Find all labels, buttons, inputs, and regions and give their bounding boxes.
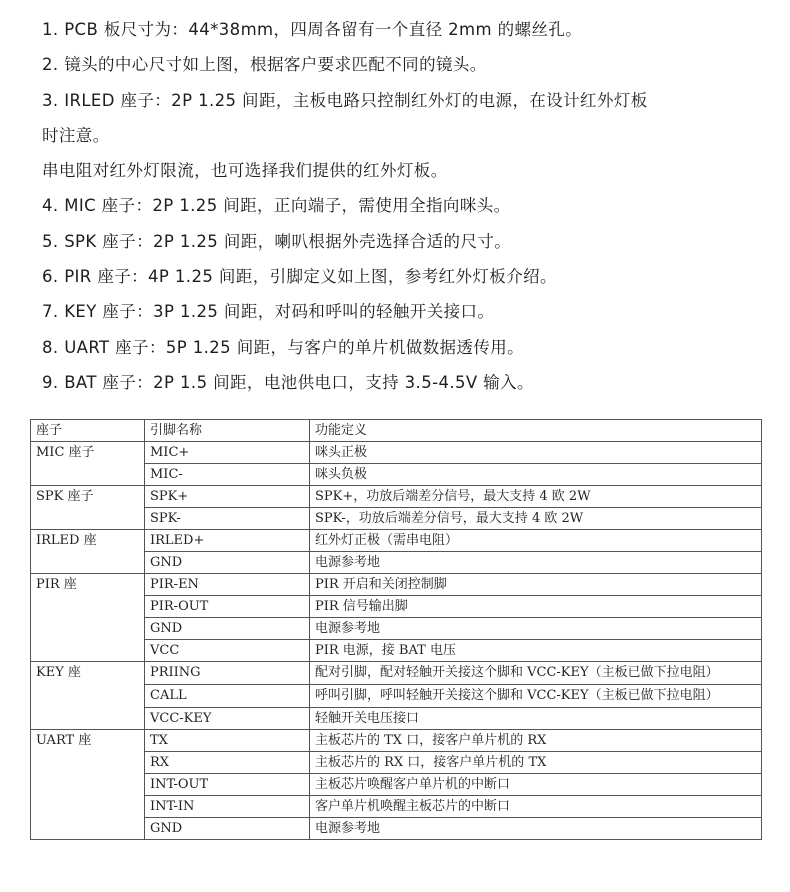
header-connector: 座子	[31, 420, 145, 442]
pin-name-cell: VCC	[145, 640, 310, 662]
connector-cell: SPK 座子	[31, 486, 145, 530]
note-bat: 9. BAT 座子：2P 1.5 间距，电池供电口，支持 3.5-4.5V 输入…	[42, 365, 772, 400]
function-cell: PIR 开启和关闭控制脚	[310, 574, 762, 596]
header-pin-name: 引脚名称	[145, 420, 310, 442]
note-irled-resistor: 串电阻对红外灯限流，也可选择我们提供的红外灯板。	[42, 153, 772, 188]
function-cell: 咪头负极	[310, 464, 762, 486]
note-mic: 4. MIC 座子：2P 1.25 间距，正向端子，需使用全指向咪头。	[42, 188, 772, 223]
table-row: MIC 座子 MIC+ 咪头正极	[31, 442, 762, 464]
pin-name-cell: INT-IN	[145, 796, 310, 818]
function-cell: 咪头正极	[310, 442, 762, 464]
pin-name-cell: PIR-EN	[145, 574, 310, 596]
note-spk: 5. SPK 座子：2P 1.25 间距，喇叭根据外壳选择合适的尺寸。	[42, 224, 772, 259]
table-row: PIR 座 PIR-EN PIR 开启和关闭控制脚	[31, 574, 762, 596]
note-key: 7. KEY 座子：3P 1.25 间距，对码和呼叫的轻触开关接口。	[42, 294, 772, 329]
pin-name-cell: GND	[145, 552, 310, 574]
table-row: KEY 座 PRIING 配对引脚，配对轻触开关接这个脚和 VCC-KEY（主板…	[31, 662, 762, 685]
table-row: UART 座 TX 主板芯片的 TX 口，接客户单片机的 RX	[31, 730, 762, 752]
pin-name-cell: PRIING	[145, 662, 310, 685]
function-cell: 主板芯片唤醒客户单片机的中断口	[310, 774, 762, 796]
function-cell: 红外灯正极（需串电阻）	[310, 530, 762, 552]
note-irled: 3. IRLED 座子：2P 1.25 间距，主板电路只控制红外灯的电源，在设计…	[42, 83, 772, 118]
note-pir: 6. PIR 座子：4P 1.25 间距，引脚定义如上图，参考红外灯板介绍。	[42, 259, 772, 294]
connector-cell: IRLED 座	[31, 530, 145, 574]
function-cell: 主板芯片的 RX 口，接客户单片机的 TX	[310, 752, 762, 774]
connector-cell: KEY 座	[31, 662, 145, 730]
pin-name-cell: GND	[145, 618, 310, 640]
pin-name-cell: RX	[145, 752, 310, 774]
pin-definition-table: 座子 引脚名称 功能定义 MIC 座子 MIC+ 咪头正极 MIC- 咪头负极 …	[30, 419, 762, 840]
function-cell: PIR 电源，接 BAT 电压	[310, 640, 762, 662]
table-row: SPK 座子 SPK+ SPK+，功放后端差分信号，最大支持 4 欧 2W	[31, 486, 762, 508]
function-cell: PIR 信号输出脚	[310, 596, 762, 618]
connector-cell: UART 座	[31, 730, 145, 840]
table-row: IRLED 座 IRLED+ 红外灯正极（需串电阻）	[31, 530, 762, 552]
pin-name-cell: IRLED+	[145, 530, 310, 552]
connector-cell: PIR 座	[31, 574, 145, 662]
function-cell: SPK-，功放后端差分信号，最大支持 4 欧 2W	[310, 508, 762, 530]
pin-name-cell: MIC+	[145, 442, 310, 464]
function-cell: SPK+，功放后端差分信号，最大支持 4 欧 2W	[310, 486, 762, 508]
function-cell: 配对引脚，配对轻触开关接这个脚和 VCC-KEY（主板已做下拉电阻）	[310, 662, 762, 685]
function-cell: 电源参考地	[310, 552, 762, 574]
pin-name-cell: SPK-	[145, 508, 310, 530]
pin-name-cell: SPK+	[145, 486, 310, 508]
pin-name-cell: INT-OUT	[145, 774, 310, 796]
note-lens: 2. 镜头的中心尺寸如上图，根据客户要求匹配不同的镜头。	[42, 47, 772, 82]
function-cell: 呼叫引脚，呼叫轻触开关接这个脚和 VCC-KEY（主板已做下拉电阻）	[310, 685, 762, 708]
pin-name-cell: PIR-OUT	[145, 596, 310, 618]
header-function: 功能定义	[310, 420, 762, 442]
pin-name-cell: CALL	[145, 685, 310, 708]
function-cell: 主板芯片的 TX 口，接客户单片机的 RX	[310, 730, 762, 752]
function-cell: 电源参考地	[310, 818, 762, 840]
function-cell: 客户单片机唤醒主板芯片的中断口	[310, 796, 762, 818]
function-cell: 电源参考地	[310, 618, 762, 640]
pin-name-cell: MIC-	[145, 464, 310, 486]
note-pcb-size: 1. PCB 板尺寸为：44*38mm，四周各留有一个直径 2mm 的螺丝孔。	[42, 12, 772, 47]
pin-name-cell: GND	[145, 818, 310, 840]
note-uart: 8. UART 座子：5P 1.25 间距，与客户的单片机做数据透传用。	[42, 330, 772, 365]
connector-cell: MIC 座子	[31, 442, 145, 486]
table-header-row: 座子 引脚名称 功能定义	[31, 420, 762, 442]
pin-name-cell: TX	[145, 730, 310, 752]
note-irled-cont: 时注意。	[42, 118, 772, 153]
notes-list: 1. PCB 板尺寸为：44*38mm，四周各留有一个直径 2mm 的螺丝孔。 …	[42, 12, 772, 400]
function-cell: 轻触开关电压接口	[310, 708, 762, 730]
pin-name-cell: VCC-KEY	[145, 708, 310, 730]
